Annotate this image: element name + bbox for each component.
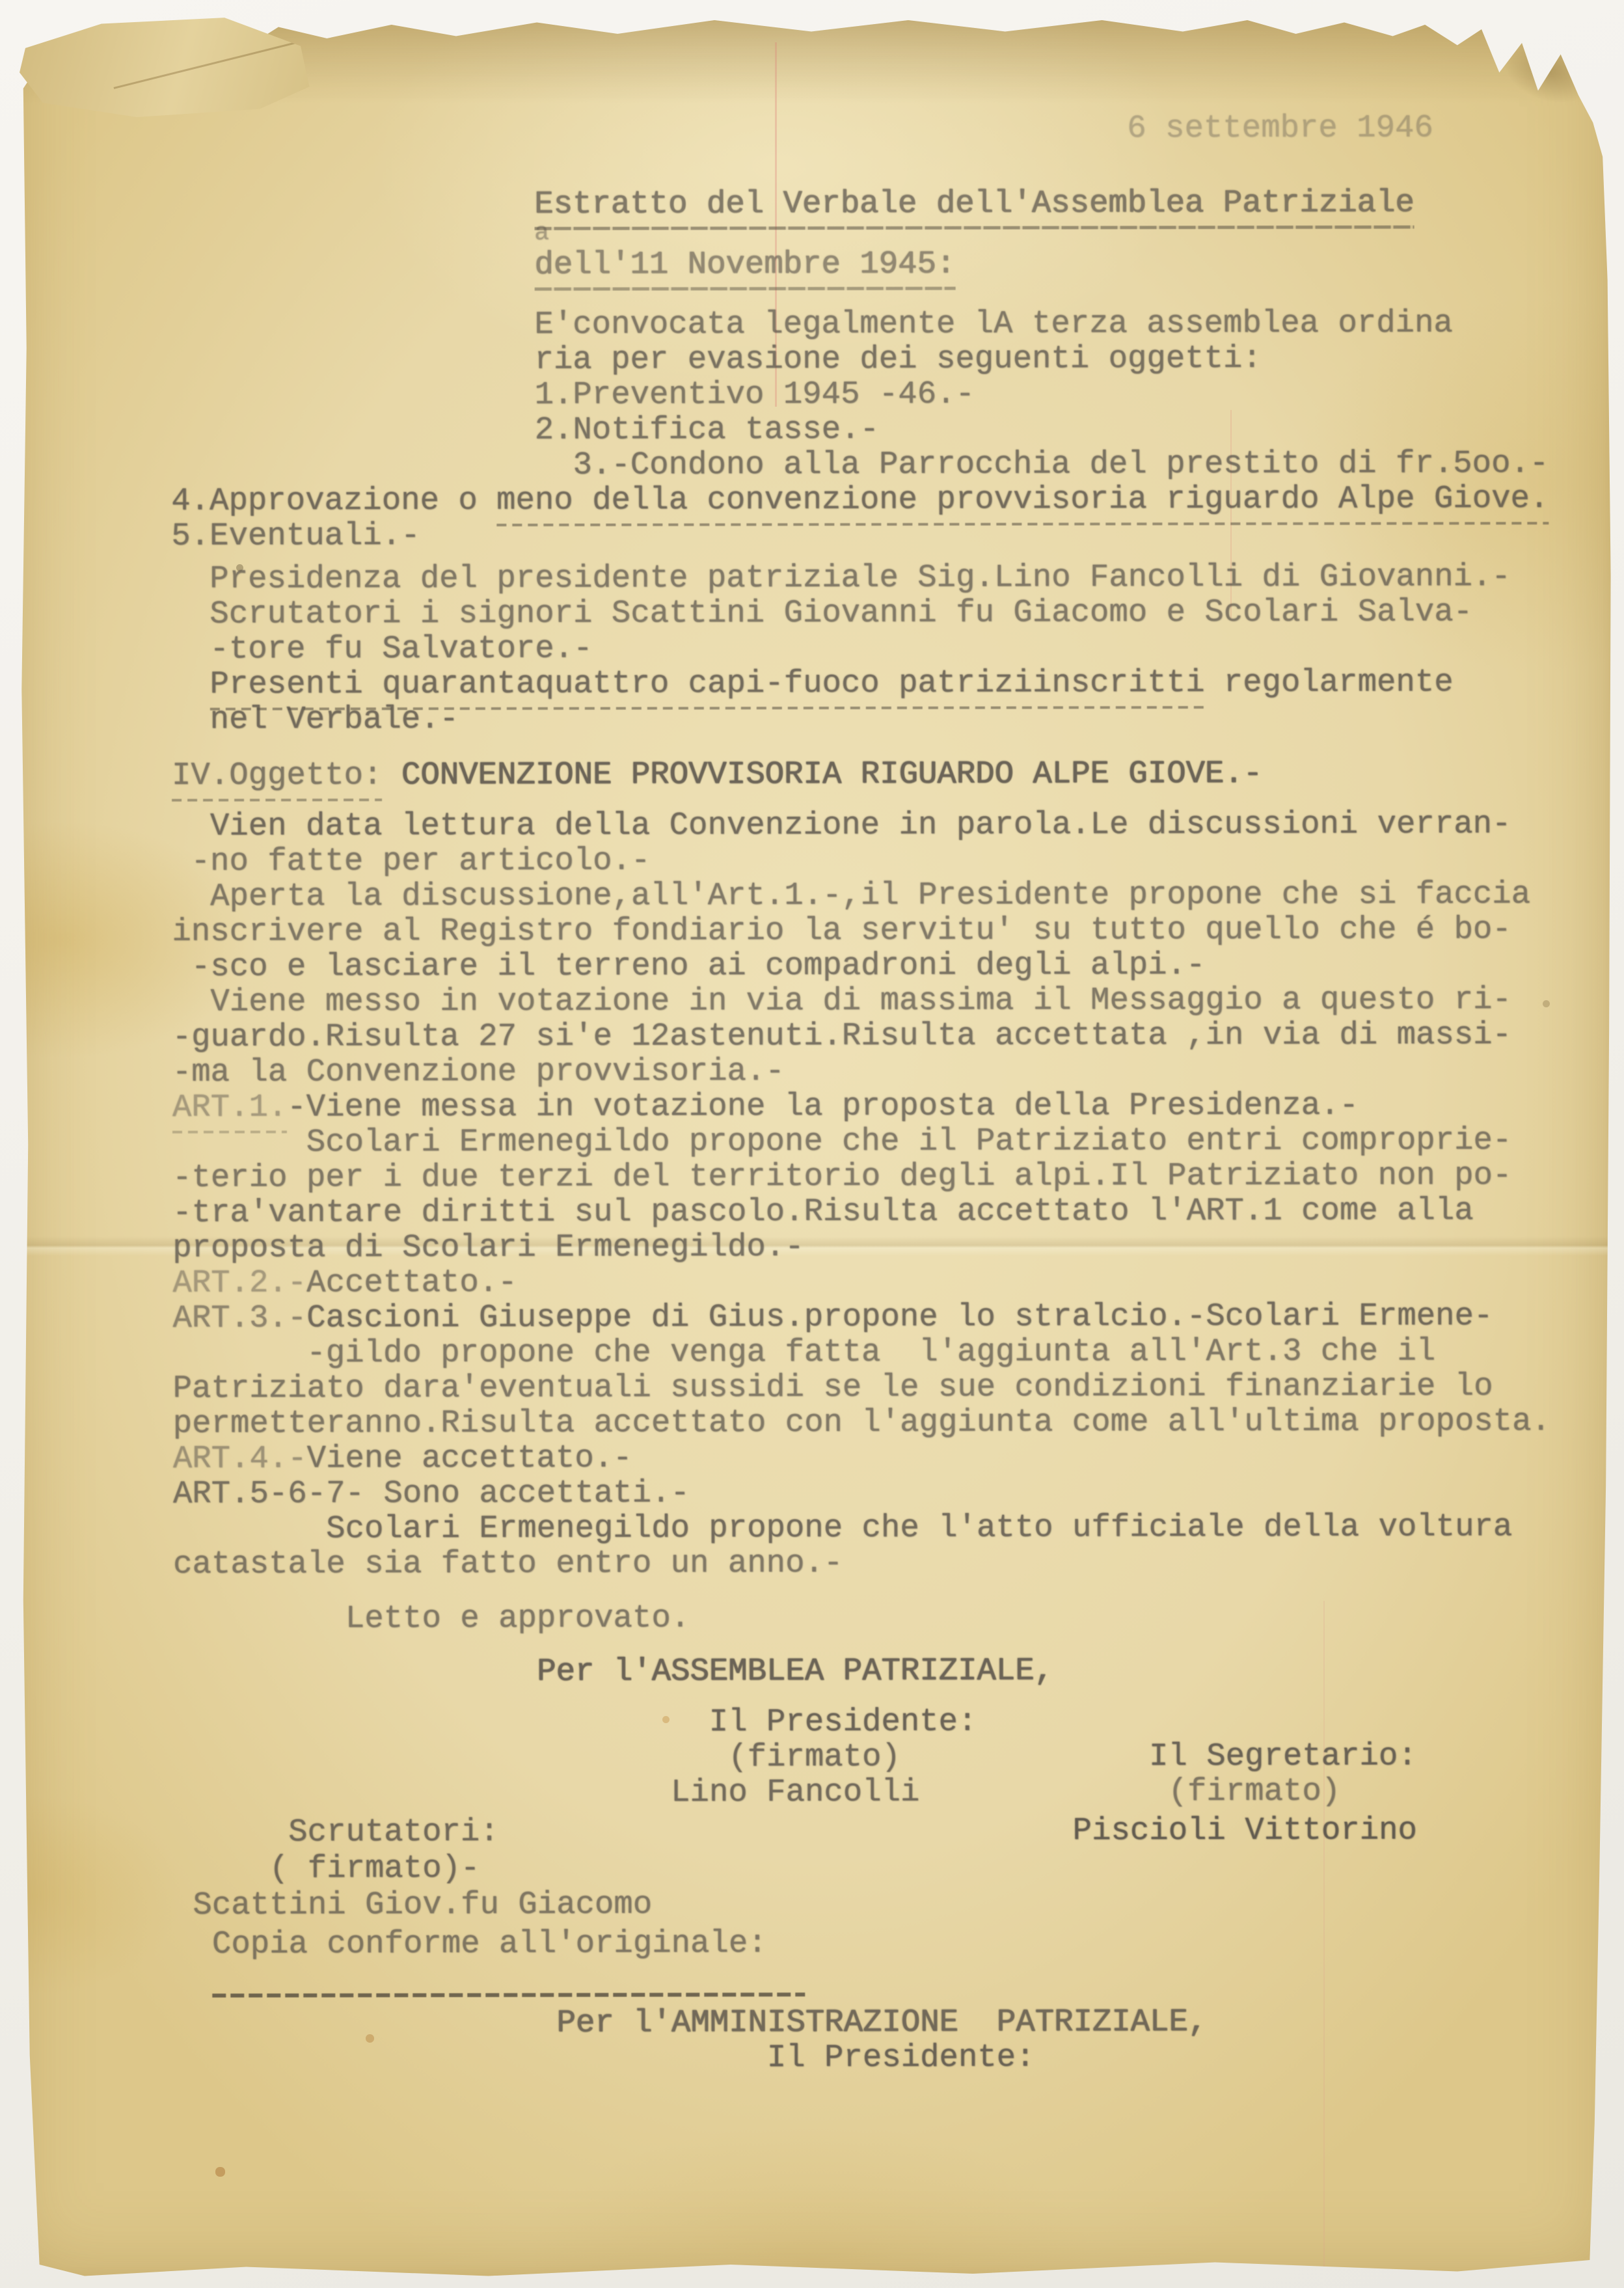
administration-signature-heading: Per l'AMMINISTRAZIONE PATRIZIALE, <box>174 2003 1592 2042</box>
text-segment: Letto e approvato. <box>345 1600 690 1644</box>
text-segment: IV.Oggetto: <box>172 757 383 802</box>
signature-row: Lino Fancolli(firmato) <box>174 1773 1592 1812</box>
document-line: 4.Approvazione o meno della convenzione … <box>171 480 1590 519</box>
document-line: -gildo propone che venga fatta l'aggiunt… <box>173 1333 1591 1372</box>
certification-line: Copia conforme all'originale: <box>174 1924 1592 1963</box>
text-segment: Lino Fancolli <box>671 1774 919 1819</box>
section-heading: IV.Oggetto:CONVENZIONE PROVVISORIA RIGUA… <box>172 755 1590 794</box>
document-line: Scrutatori i signori Scattini Giovanni f… <box>172 593 1590 633</box>
document-line: -tra'vantare diritti sul pascolo.Risulta… <box>172 1192 1591 1231</box>
document-line: 2.Notifica tasse.- <box>171 410 1590 449</box>
document-line: -sco e lasciare il terreno ai compadroni… <box>172 946 1590 985</box>
text-segment: (firmato) <box>1168 1773 1340 1818</box>
document-line: catastale sia fatto entro un anno.- <box>173 1544 1591 1583</box>
document-line: nel Verbale.- <box>172 699 1590 738</box>
document-line: ART.1.-Viene messa in votazione la propo… <box>172 1087 1591 1126</box>
document-line: ART.3.-Cascioni Giuseppe di Gius.propone… <box>172 1298 1591 1337</box>
document-line: -tore fu Salvatore.- <box>172 629 1590 668</box>
document-line: ria per evasione dei seguenti oggetti: <box>171 340 1590 379</box>
document-line: ART.2.-Accettato.- <box>172 1262 1591 1301</box>
subtitle-line: dell'11 Novembre 1945: <box>171 245 1590 284</box>
document-line: inscrivere al Registro fondiario la serv… <box>172 911 1590 950</box>
document-line: Viene messo in votazione in via di massi… <box>172 981 1591 1020</box>
document-line: Presidenza del presidente patriziale Sig… <box>171 558 1590 597</box>
document-line: Aperta la discussione,all'Art.1.-,il Pre… <box>172 876 1590 915</box>
text-segment: 6 settembre 1946 <box>1127 109 1433 154</box>
text-segment: Per l'ASSEMBLEA PATRIZIALE, <box>537 1652 1053 1697</box>
document-line: ART.4.-Viene accettato.- <box>173 1438 1591 1477</box>
document-line: E'convocata legalmente lA terza assemble… <box>171 305 1590 344</box>
document-line: Presenti quarantaquattro capi-fuoco patr… <box>172 664 1590 703</box>
signature-row: Scattini Giov.fu Giacomo <box>174 1885 1592 1924</box>
document-line: 5.Eventuali.- <box>171 515 1590 554</box>
assembly-signature-heading: Per l'ASSEMBLEA PATRIZIALE, <box>173 1652 1591 1691</box>
signature-row: (firmato)Il Segretario: <box>174 1737 1592 1777</box>
text-segment: catastale sia fatto entro un anno.- <box>173 1545 843 1590</box>
text-segment: Scattini Giov.fu Giacomo <box>193 1886 652 1931</box>
document-line: -ma la Convenzione provvisoria.- <box>172 1052 1591 1091</box>
document-line: Scolari Ermenegildo propone che l'atto u… <box>173 1508 1591 1547</box>
divider-rule <box>174 1959 1592 1998</box>
closing-line: Letto e approvato. <box>173 1598 1591 1637</box>
document-line: Patriziato dara'eventuali sussidi se le … <box>173 1368 1591 1407</box>
president-role-label: Il Presidente: <box>174 1702 1592 1741</box>
text-segment: nel Verbale.- <box>210 701 459 746</box>
president-role-label: Il Presidente: <box>174 2038 1592 2077</box>
signature-row: ( firmato)- <box>174 1848 1592 1887</box>
typewritten-text-layer: 6 settembre 1946Estratto del Verbale del… <box>0 0 1624 2288</box>
scan-background: 6 settembre 1946Estratto del Verbale del… <box>0 0 1624 2288</box>
document-line: proposta di Scolari Ermenegildo.- <box>172 1227 1591 1266</box>
text-segment: dell'11 Novembre 1945: <box>534 246 955 291</box>
document-line: -guardo.Risulta 27 si'e 12astenuti.Risul… <box>172 1016 1591 1055</box>
document-line: -no fatte per articolo.- <box>172 841 1590 880</box>
text-segment: Il Presidente: <box>767 2039 1035 2084</box>
document-line: Vien data lettura della Convenzione in p… <box>172 806 1590 845</box>
document-line: -terio per i due terzi del territorio de… <box>172 1157 1591 1196</box>
signature-row: Scrutatori:Piscioli Vittorino <box>174 1812 1592 1851</box>
text-segment: CONVENZIONE PROVVISORIA RIGUARDO ALPE GI… <box>401 756 1262 801</box>
document-line: 3.-Condono alla Parrocchia del prestito … <box>171 445 1590 484</box>
document-line: permetteranno.Risulta accettato con l'ag… <box>173 1403 1591 1442</box>
text-segment: 5.Eventuali.- <box>171 517 420 562</box>
document-line: ART.5-6-7- Sono accettati.- <box>173 1473 1591 1512</box>
document-line: 1.Preventivo 1945 -46.- <box>171 375 1590 414</box>
date-stamp: 6 settembre 1946 <box>170 109 1589 148</box>
typed-rule <box>212 1960 805 1998</box>
document-line: Scolari Ermenegildo propone che il Patri… <box>172 1122 1591 1161</box>
